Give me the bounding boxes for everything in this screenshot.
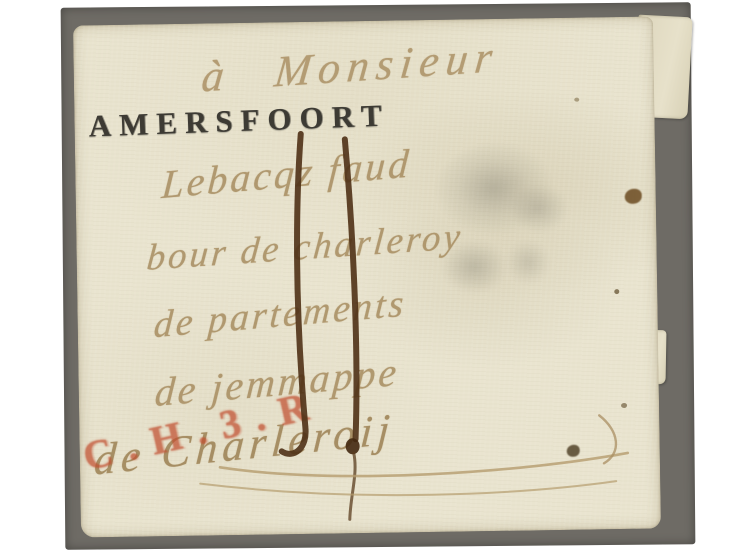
address-line-name: Lebacqz faud <box>160 139 413 208</box>
letter-sheet: à Monsieur Lebacqz faud bour de charlero… <box>73 16 661 537</box>
address-line-monsieur: à Monsieur <box>199 31 501 103</box>
ink-speck <box>614 289 619 294</box>
address-line-street: bour de charleroy <box>145 215 465 280</box>
ink-speck <box>574 98 579 102</box>
photo-of-postal-cover: à Monsieur Lebacqz faud bour de charlero… <box>0 0 740 557</box>
ink-stain-right <box>625 189 642 204</box>
flourish-tail <box>599 415 616 463</box>
address-line-departement: de partements <box>152 281 407 347</box>
ink-stain-bottom <box>567 445 580 457</box>
flourish-line-2 <box>200 477 616 498</box>
amersfoort-postmark: AMERSFOORT <box>88 97 390 144</box>
ink-speck <box>621 403 627 408</box>
ink-drip <box>349 453 356 519</box>
